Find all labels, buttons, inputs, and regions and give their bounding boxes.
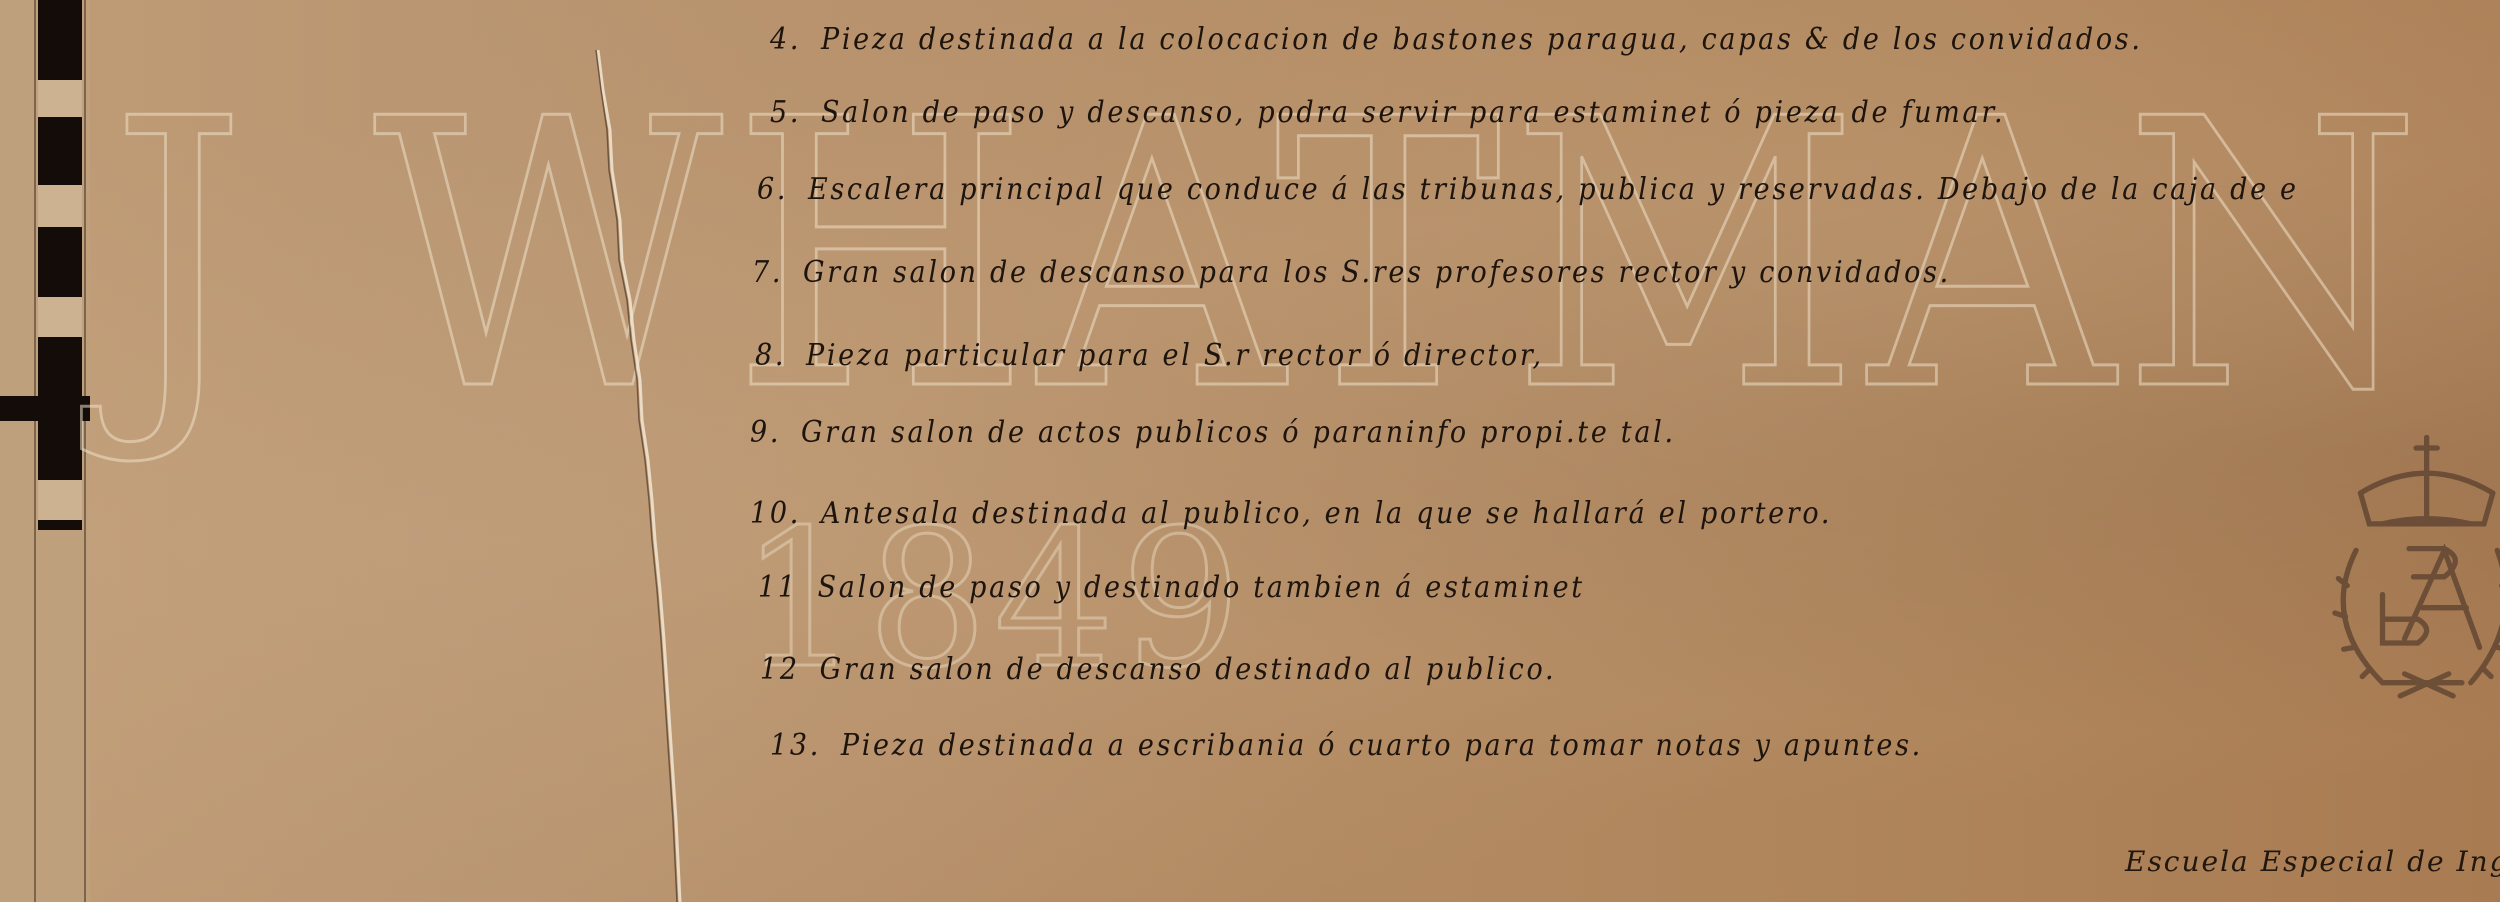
signature: Escuela Especial de Ing [2125,845,2500,878]
list-item: 7.Gran salon de descanso para los S.res … [752,255,1951,290]
list-item: 6.Escalera principal que conduce á las t… [757,172,2299,207]
list-item: 10.Antesala destinada al publico, en la … [750,496,1832,531]
list-item: 13.Pieza destinada a escribania ó cuarto… [770,728,1923,763]
crown-monogram-stamp-icon [2318,418,2500,718]
manuscript-page: J WHATMAN 1849 4.Pieza destinada a la co… [0,0,2500,902]
list-item: 4.Pieza destinada a la colocacion de bas… [770,22,2143,57]
room-list: 4.Pieza destinada a la colocacion de bas… [0,0,2500,902]
list-item: 8.Pieza particular para el S.r rector ó … [755,338,1544,373]
list-item: 9.Gran salon de actos publicos ó paranin… [750,415,1676,450]
list-item: 12Gran salon de descanso destinado al pu… [760,652,1556,687]
list-item: 5.Salon de paso y descanso, podra servir… [770,95,2005,130]
list-item: 11Salon de paso y destinado tambien á es… [758,570,1585,605]
